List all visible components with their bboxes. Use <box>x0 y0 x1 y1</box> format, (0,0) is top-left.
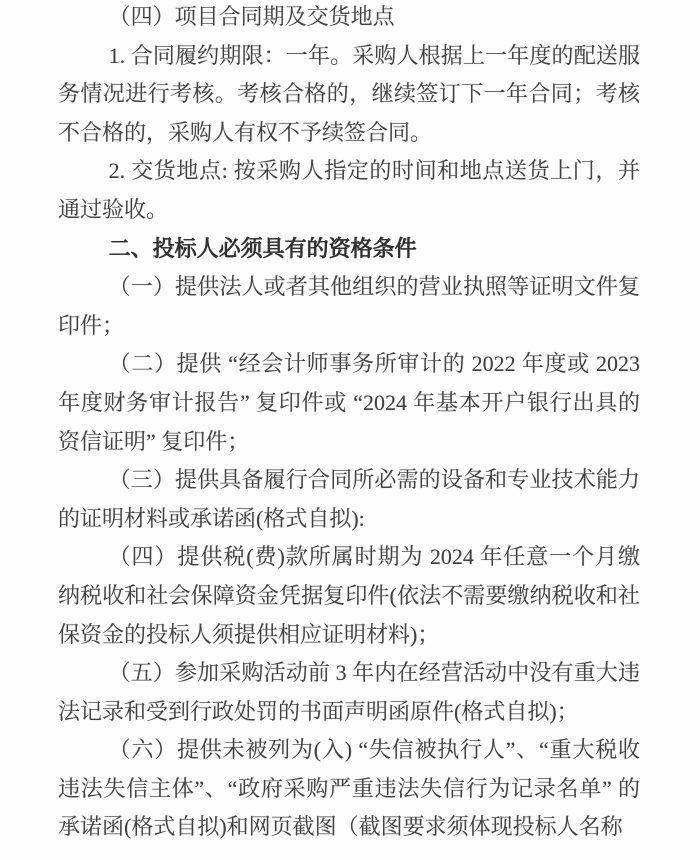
clause-delivery-location: 2. 交货地点: 按采购人指定的时间和地点送货上门，并通过验收。 <box>58 152 640 229</box>
document-page: （四）项目合同期及交货地点 1. 合同履约期限：一年。采购人根据上一年度的配送服… <box>0 0 700 860</box>
document-body: （四）项目合同期及交货地点 1. 合同履约期限：一年。采购人根据上一年度的配送服… <box>58 0 640 847</box>
qualification-item-1: （一）提供法人或者其他组织的营业执照等证明文件复印件； <box>58 268 640 345</box>
section-title-qualification: 二、投标人必须具有的资格条件 <box>58 230 640 269</box>
qualification-item-2: （二）提供 “经会计师事务所审计的 2022 年度或 2023 年度财务审计报告… <box>58 345 640 461</box>
qualification-item-5: （五）参加采购活动前 3 年内在经营活动中没有重大违法记录和受到行政处罚的书面声… <box>58 654 640 731</box>
qualification-item-6: （六）提供未被列为(入) “失信被执行人”、“重大税收违法失信主体”、“政府采购… <box>58 731 640 847</box>
clause-contract-term: 1. 合同履约期限：一年。采购人根据上一年度的配送服务情况进行考核。考核合格的，… <box>58 37 640 153</box>
qualification-item-4: （四）提供税(费)款所属时期为 2024 年任意一个月缴纳税收和社会保障资金凭据… <box>58 538 640 654</box>
qualification-item-3: （三）提供具备履行合同所必需的设备和专业技术能力的证明材料或承诺函(格式自拟): <box>58 461 640 538</box>
section-title-contract-period: （四）项目合同期及交货地点 <box>58 0 640 37</box>
